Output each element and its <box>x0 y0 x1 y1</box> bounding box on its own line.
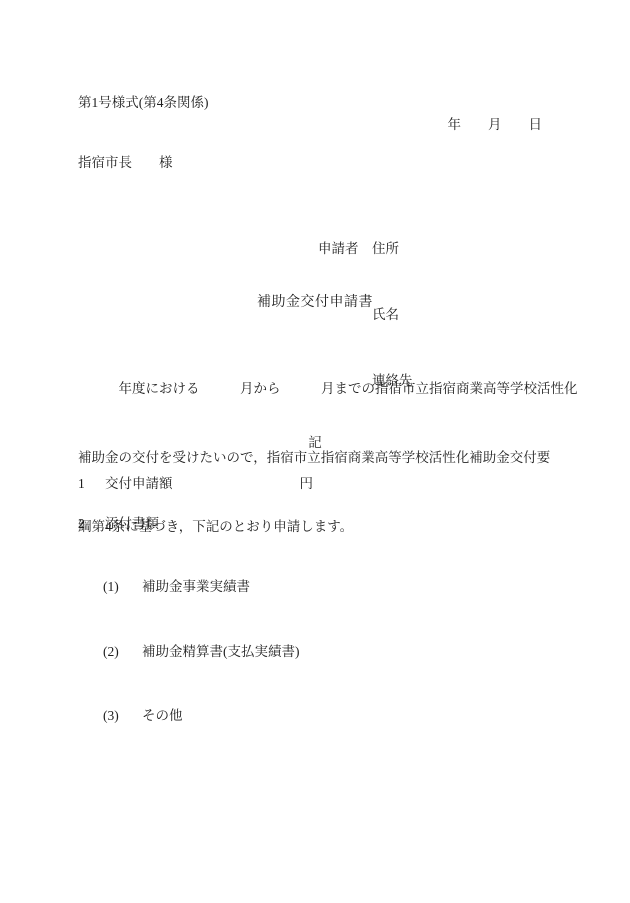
attachment-label: 補助金事業実績書 <box>142 576 250 598</box>
document-title: 補助金交付申請書 <box>0 295 630 311</box>
attachment-item-2: (2) 補助金精算書(支払実績書) <box>103 641 300 663</box>
item-label: 添付書類 <box>105 516 159 532</box>
item-application-amount: 1 交付申請額 円 <box>78 476 313 492</box>
attachment-item-1: (1) 補助金事業実績書 <box>103 576 300 598</box>
item-attachments: 2 添付書類 <box>78 516 159 532</box>
attachment-label: 補助金精算書(支払実績書) <box>142 641 300 663</box>
document-page: 第1号様式(第4条関係) 年 月 日 指宿市長 様 申請者 住所 氏名 連絡先 … <box>0 0 630 903</box>
applicant-field-address: 住所 <box>372 238 399 260</box>
attachment-number: (1) <box>103 576 142 598</box>
item-number: 2 <box>78 516 105 532</box>
body-line-1: 年度における 月から 月までの指宿市立指宿商業高等学校活性化 <box>78 377 564 400</box>
note-heading: 記 <box>0 435 630 451</box>
date-line: 年 月 日 <box>448 117 543 133</box>
attachment-label: その他 <box>142 705 183 727</box>
item-number: 1 <box>78 476 105 492</box>
addressee-line: 指宿市長 様 <box>78 155 173 171</box>
amount-unit: 円 <box>300 476 314 492</box>
attachment-number: (2) <box>103 641 142 663</box>
applicant-label: 申請者 <box>318 238 372 260</box>
item-label: 交付申請額 <box>105 476 173 492</box>
applicant-row-address: 申請者 住所 <box>318 238 413 260</box>
attachment-item-3: (3) その他 <box>103 705 300 727</box>
form-number: 第1号様式(第4条関係) <box>78 95 209 111</box>
attachment-number: (3) <box>103 705 142 727</box>
attachment-list: (1) 補助金事業実績書 (2) 補助金精算書(支払実績書) (3) その他 <box>103 533 300 770</box>
